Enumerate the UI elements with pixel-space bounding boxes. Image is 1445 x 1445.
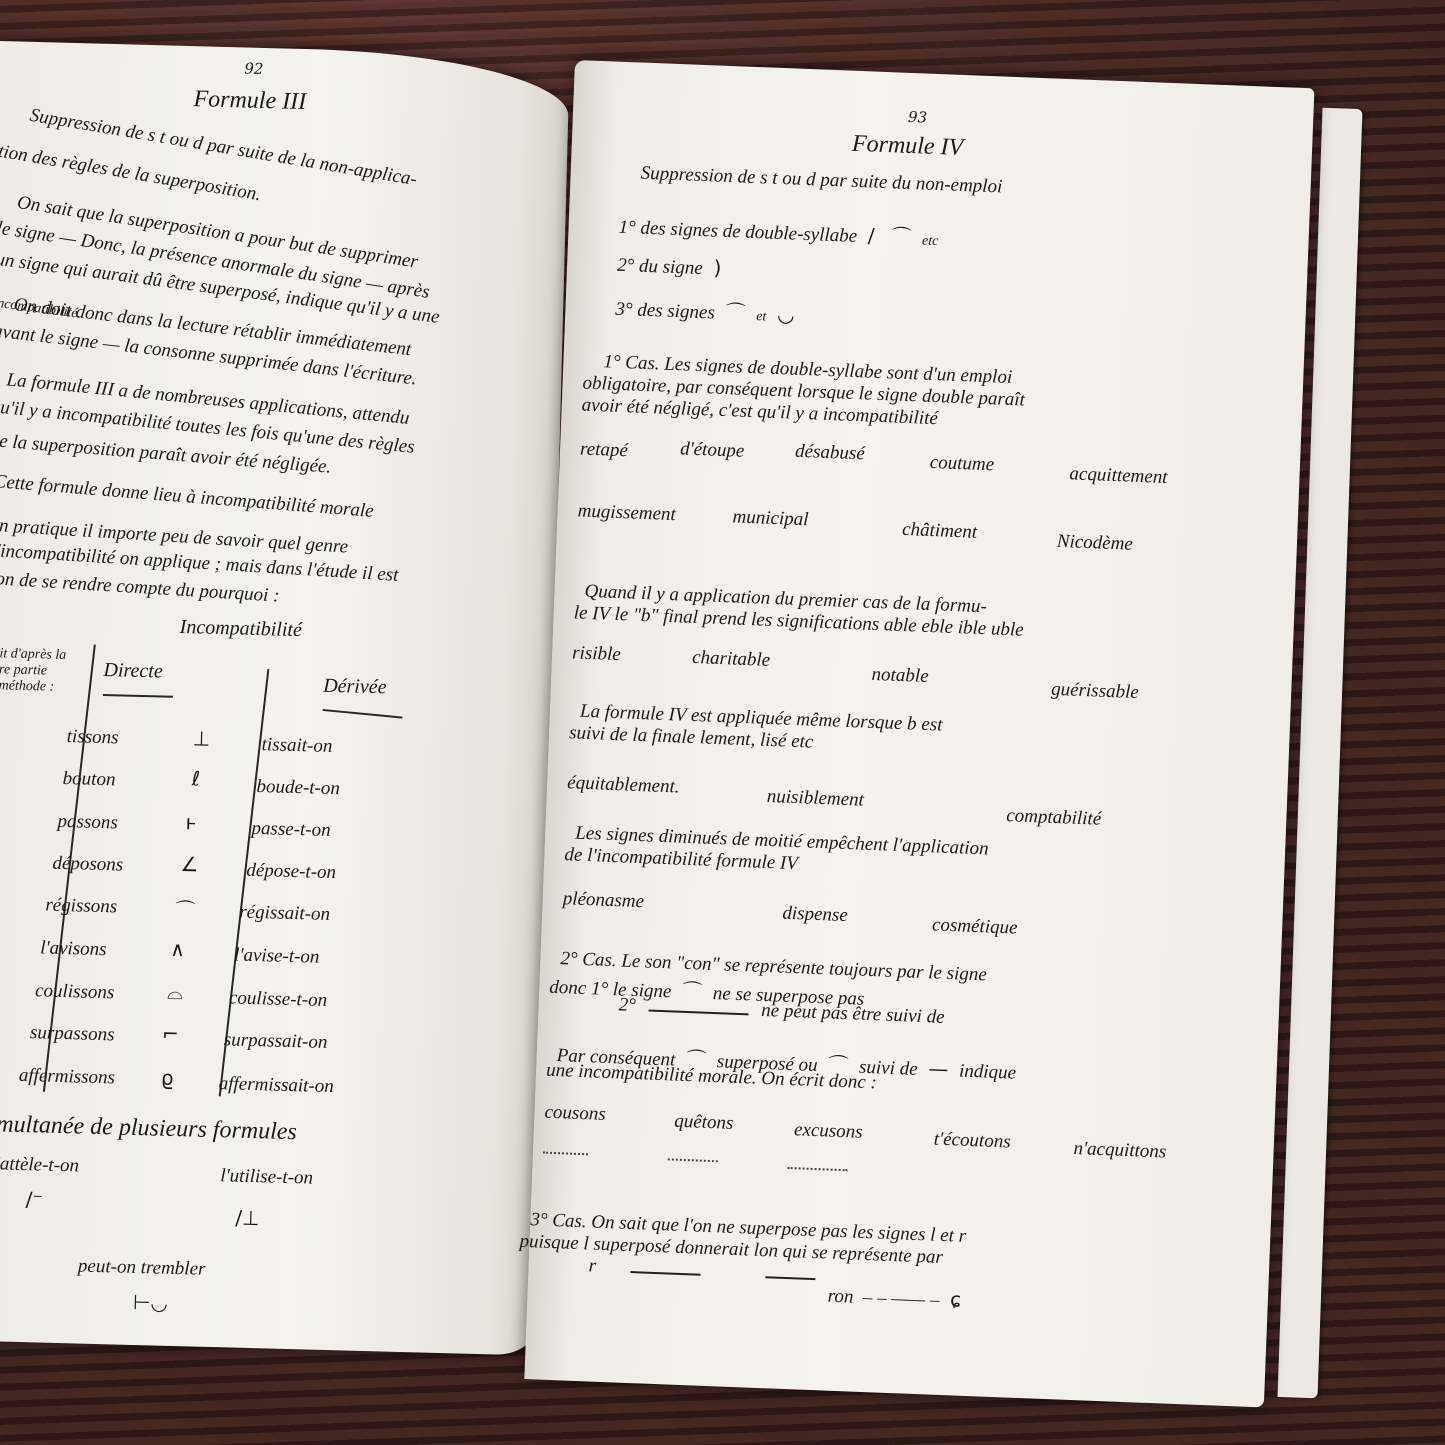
dotted-rule: [543, 1152, 588, 1156]
example-word: châtiment: [902, 519, 978, 544]
derivee-cell: régissait-on: [239, 902, 330, 926]
list-suffix: etc: [922, 233, 939, 249]
example-word: Nicodème: [1056, 531, 1133, 556]
left-page: 92 Formule III Suppression de s t ou d p…: [0, 40, 570, 1356]
table-row: déposons ∠ dépose-t-on: [0, 40, 570, 56]
derivee-cell: coulisse-t-on: [229, 987, 328, 1012]
table-row: l'avisons ∧ l'avise-t-on: [0, 40, 570, 56]
directe-cell: affermissons: [19, 1065, 116, 1090]
shorthand-sign-icon: ℓ: [191, 766, 200, 790]
example-word: dispense: [782, 903, 848, 927]
directe-cell: bouton: [62, 768, 115, 791]
list-item: 2° du signe ): [617, 252, 728, 281]
shorthand-sign-icon: ∠: [180, 852, 199, 876]
shorthand-sign-icon: ∕⊥: [235, 1206, 260, 1231]
directe-cell: tissons: [67, 726, 119, 749]
derivee-cell: l'avise-t-on: [234, 944, 320, 968]
example-word: risible: [572, 642, 621, 666]
list-item: 3° des signes ⌒ et ◡: [615, 292, 801, 328]
table-row: coulissons ⌓ coulisse-t-on: [0, 40, 570, 56]
slash-sign-icon: ∕: [867, 223, 875, 247]
dash-sign-icon: [648, 1010, 748, 1016]
list-item-label: 1° des signes de double-syllabe: [618, 217, 857, 247]
directe-cell: l'avisons: [40, 937, 107, 961]
list-item-label: 2° du signe: [617, 255, 703, 279]
example-word: acquittement: [1069, 463, 1168, 489]
example-word: notable: [871, 664, 929, 688]
case2-label: ne peut pas être suivi de: [761, 1000, 945, 1028]
column-header-directe: Directe: [103, 659, 163, 684]
cup-sign-icon: ◡: [777, 302, 795, 327]
dash-sign-icon: —: [928, 1056, 949, 1081]
side-note-line: ...re partie: [0, 662, 66, 680]
directe-cell: surpassons: [30, 1022, 115, 1046]
derivee-cell: boude-t-on: [256, 776, 340, 800]
dash-sign-icon: – – —— –: [858, 1287, 940, 1311]
example-word: l'utilise-t-on: [220, 1165, 313, 1189]
example-word: l'attèle-t-on: [0, 1153, 79, 1177]
shorthand-sign-icon: ∧: [170, 937, 185, 961]
example-word: cosmétique: [932, 914, 1018, 939]
example-word: guérissable: [1051, 679, 1139, 704]
intro-line: Suppression de s t ou d par suite du non…: [640, 163, 1002, 199]
dash-sign-icon: [765, 1276, 815, 1280]
table-row: passons ⱶ passe-t-on: [0, 40, 570, 56]
dotted-rule: [788, 1167, 848, 1171]
shorthand-sign-icon: ⱶ: [185, 810, 197, 834]
directe-cell: déposons: [52, 853, 123, 877]
example-word: t'écoutons: [933, 1129, 1011, 1154]
page-number: 92: [244, 59, 264, 77]
example-word: nuisiblement: [766, 786, 864, 812]
shorthand-sign-icon: ⊢◡: [133, 1290, 168, 1315]
case2-label: 2°: [618, 994, 636, 1016]
derivee-cell: affermissait-on: [218, 1073, 334, 1098]
section-heading: ...imultanée de plusieurs formules: [0, 1111, 297, 1147]
text-span: ron: [827, 1286, 853, 1308]
shorthand-sign-icon: ⌓: [167, 980, 183, 1004]
example-word: comptabilité: [1006, 805, 1102, 831]
example-word: d'étoupe: [680, 438, 745, 462]
directe-cell: passons: [57, 811, 118, 835]
example-word: équitablement.: [567, 772, 680, 798]
list-suffix: et: [756, 309, 767, 324]
column-header-derivee: Dérivée: [323, 675, 387, 700]
hook-sign-icon: ): [713, 255, 722, 279]
text-span: indique: [959, 1060, 1017, 1083]
column-header-underline: [103, 694, 173, 698]
case3-line: ron – – —— – ɕ: [827, 1283, 967, 1313]
arc-sign-icon: ⌒: [891, 220, 912, 250]
example-word: n'acquittons: [1073, 1138, 1167, 1164]
table-heading: Incompatibilité: [179, 616, 302, 642]
directe-cell: coulissons: [35, 980, 115, 1004]
dash-sign-icon: [631, 1271, 701, 1276]
list-item-label: 3° des signes: [615, 299, 715, 324]
text-span: r: [588, 1255, 596, 1276]
derivee-cell: dépose-t-on: [246, 860, 336, 884]
table-row: affermissons ϱ affermissait-on: [0, 40, 570, 56]
example-word: cousons: [544, 1102, 606, 1126]
example-word: charitable: [692, 647, 771, 672]
shorthand-sign-icon: ϱ: [161, 1066, 174, 1090]
example-word: excusons: [794, 1119, 863, 1144]
page-number: 93: [908, 108, 928, 127]
side-note-line: ...it d'après la: [0, 646, 66, 664]
example-word: mugissement: [577, 500, 676, 526]
shorthand-sign-icon: ⌒: [175, 894, 196, 924]
shorthand-sign-icon: ⊥: [192, 726, 210, 750]
table-side-note: ...it d'après la ...re partie ...méthode…: [0, 646, 66, 696]
shorthand-sign-icon: ∕⁻: [25, 1187, 43, 1211]
example-word: coutume: [929, 452, 994, 476]
right-page: 93 Formule IV Suppression de s t ou d pa…: [524, 60, 1314, 1407]
directe-cell: régissons: [45, 895, 117, 919]
example-word: municipal: [732, 506, 809, 531]
arc-sign-icon: ⌒: [725, 296, 746, 326]
derivee-cell: tissait-on: [261, 734, 332, 758]
table-row: bouton ℓ boude-t-on: [0, 40, 570, 56]
side-note-line: ...méthode :: [0, 678, 66, 696]
list-item: 1° des signes de double-syllabe ∕ ⌒ etc: [618, 210, 939, 251]
hook-sign-icon: ɕ: [950, 1287, 962, 1311]
page-title: Formule IV: [851, 131, 963, 162]
shorthand-sign-icon: ⌐: [162, 1022, 179, 1046]
example-word: quêtons: [674, 1111, 734, 1135]
example-word: désabusé: [795, 441, 865, 466]
table-row: surpassons ⌐ surpassait-on: [0, 40, 570, 56]
dotted-rule: [668, 1158, 718, 1162]
paragraph-line: Cette formule donne lieu à incompatibili…: [0, 471, 374, 523]
example-word: pléonasme: [562, 888, 644, 913]
page-title: Formule III: [193, 86, 306, 116]
table-row: tissons ⊥ tissait-on: [0, 40, 570, 56]
derivee-cell: surpassait-on: [224, 1029, 328, 1054]
example-word: retapé: [580, 438, 629, 462]
derivee-cell: passe-t-on: [251, 818, 331, 842]
table-row: régissons ⌒ régissait-on: [0, 40, 570, 56]
example-word: peut-on trembler: [78, 1256, 206, 1281]
column-header-underline: [323, 709, 403, 719]
